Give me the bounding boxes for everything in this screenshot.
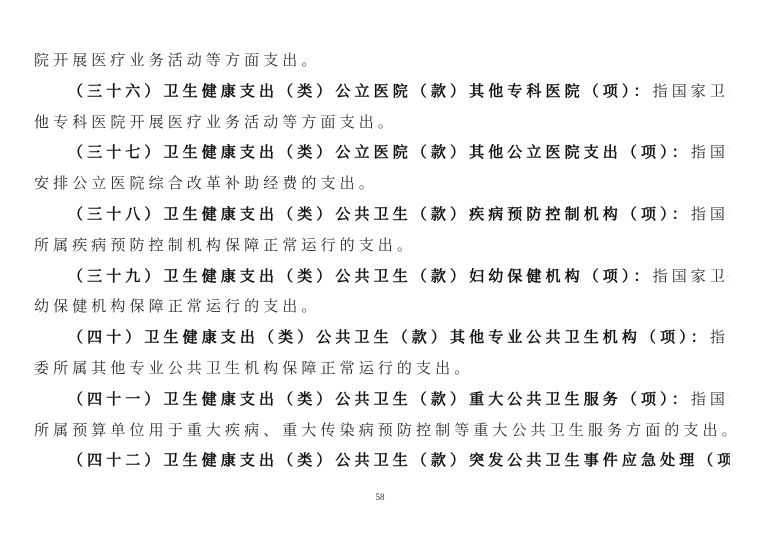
paragraph-line: 他专科医院开展医疗业务活动等方面支出。 xyxy=(34,107,730,138)
item-description: 委所属其他专业公共卫生机构保障正常运行的支出。 xyxy=(34,359,473,377)
paragraph-line: （三十六）卫生健康支出（类）公立医院（款）其他专科医院（项）：指国家卫生健康委所… xyxy=(34,76,730,107)
item-description: 指国家卫生健康委 xyxy=(691,205,730,223)
item-heading: （四十二）卫生健康支出（类）公共卫生（款）突发公共卫生事件应急处理（项）： xyxy=(68,451,730,469)
item-description: 指国家卫生健康委所属其 xyxy=(653,82,730,100)
item-description: 他专科医院开展医疗业务活动等方面支出。 xyxy=(34,113,397,131)
item-heading: （四十）卫生健康支出（类）公共卫生（款）其他专业公共卫生机构（项）： xyxy=(68,328,710,346)
item-description: 幼保健机构保障正常运行的支出。 xyxy=(34,297,321,315)
item-description: 指国家卫生健康委所属妇 xyxy=(653,267,730,285)
item-description: 所属预算单位用于重大疾病、重大传染病预防控制等重大公共卫生服务方面的支出。 xyxy=(34,421,730,439)
paragraph-line: 安排公立医院综合改革补助经费的支出。 xyxy=(34,168,730,199)
item-description: 指国家卫生健康 xyxy=(710,328,730,346)
paragraph-line: 所属预算单位用于重大疾病、重大传染病预防控制等重大公共卫生服务方面的支出。 xyxy=(34,415,730,446)
item-description: 所属疾病预防控制机构保障正常运行的支出。 xyxy=(34,236,416,254)
document-body: 院开展医疗业务活动等方面支出。 （三十六）卫生健康支出（类）公立医院（款）其他专… xyxy=(34,45,730,476)
paragraph-line: （三十八）卫生健康支出（类）公共卫生（款）疾病预防控制机构（项）：指国家卫生健康… xyxy=(34,199,730,230)
paragraph-line: 幼保健机构保障正常运行的支出。 xyxy=(34,291,730,322)
item-heading: （四十一）卫生健康支出（类）公共卫生（款）重大公共卫生服务（项）： xyxy=(68,390,691,408)
item-description: 指国家卫生健康委 xyxy=(691,390,730,408)
page-number: 58 xyxy=(0,492,760,502)
item-heading: （三十八）卫生健康支出（类）公共卫生（款）疾病预防控制机构（项）： xyxy=(68,205,691,223)
paragraph-line: 院开展医疗业务活动等方面支出。 xyxy=(34,45,730,76)
document-page: 院开展医疗业务活动等方面支出。 （三十六）卫生健康支出（类）公立医院（款）其他专… xyxy=(0,0,760,544)
paragraph-line: （四十二）卫生健康支出（类）公共卫生（款）突发公共卫生事件应急处理（项）：指国家… xyxy=(34,445,730,476)
paragraph-line: （四十一）卫生健康支出（类）公共卫生（款）重大公共卫生服务（项）：指国家卫生健康… xyxy=(34,384,730,415)
paragraph-line: （三十七）卫生健康支出（类）公立医院（款）其他公立医院支出（项）：指国家卫生健康… xyxy=(34,137,730,168)
item-description: 指国家卫生健康委 xyxy=(691,143,730,161)
item-description: 安排公立医院综合改革补助经费的支出。 xyxy=(34,174,378,192)
paragraph-line: 委所属其他专业公共卫生机构保障正常运行的支出。 xyxy=(34,353,730,384)
paragraph-line: （四十）卫生健康支出（类）公共卫生（款）其他专业公共卫生机构（项）：指国家卫生健… xyxy=(34,322,730,353)
item-heading: （三十六）卫生健康支出（类）公立医院（款）其他专科医院（项）： xyxy=(68,82,653,100)
item-description: 院开展医疗业务活动等方面支出。 xyxy=(34,51,321,69)
item-heading: （三十七）卫生健康支出（类）公立医院（款）其他公立医院支出（项）： xyxy=(68,143,691,161)
paragraph-line: 所属疾病预防控制机构保障正常运行的支出。 xyxy=(34,230,730,261)
item-heading: （三十九）卫生健康支出（类）公共卫生（款）妇幼保健机构（项）： xyxy=(68,267,653,285)
paragraph-line: （三十九）卫生健康支出（类）公共卫生（款）妇幼保健机构（项）：指国家卫生健康委所… xyxy=(34,261,730,292)
